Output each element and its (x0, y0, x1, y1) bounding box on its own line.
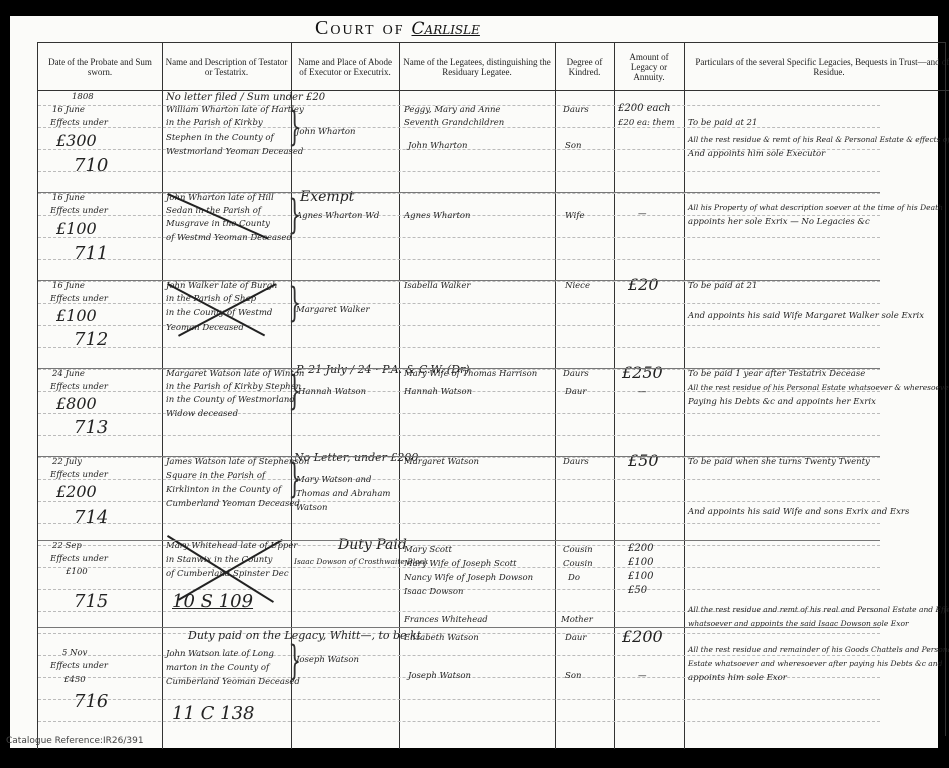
no-letter-annotation: No Letter, under £200 (294, 451, 418, 464)
legacy-amount: £200 each (618, 103, 671, 114)
legatee-name: John Wharton (408, 141, 468, 151)
legatee-name: Isaac Dowson (404, 587, 463, 597)
kindred: Wife (565, 211, 584, 221)
kindred: Daurs (563, 105, 589, 115)
legacy-amount: — (638, 209, 647, 219)
testator-line: in Stanwix in the County (166, 555, 272, 565)
testator-line: in the Parish of Kirkby (166, 118, 263, 128)
particulars-line: To be paid 1 year after Testatrix Deceas… (688, 369, 865, 379)
kindred: Daurs (563, 457, 589, 467)
entry-date: 16 June (52, 193, 85, 203)
header-kindred: Degree of Kindred. (555, 43, 614, 91)
legacy-amount: £200 (622, 627, 663, 646)
testator-line: in the Parish of Kirkby Stephen (166, 382, 301, 392)
header-executor: Name and Place of Abode of Executor or E… (291, 43, 399, 91)
legacy-amount: £20 ea: them (618, 118, 675, 128)
legatee-name: Joseph Watson (408, 671, 471, 681)
legatee-name: Mary Wife of Joseph Scott (404, 559, 517, 569)
entry-sworn: Effects under (50, 554, 108, 564)
legatee-name: Seventh Grandchildren (404, 118, 504, 128)
kindred: Cousin (563, 545, 593, 555)
entry-number: 713 (74, 417, 108, 438)
legacy-amount: £200 (628, 543, 653, 554)
entry-sum: £450 (64, 675, 86, 685)
testator-line: Stephen in the County of (166, 133, 274, 143)
executor-name: Margaret Walker (296, 305, 370, 315)
entry-sworn: Effects under (50, 470, 108, 480)
entry-sum: £800 (56, 394, 97, 413)
particulars-line: To be paid at 21 (688, 118, 757, 128)
kindred: Daur (565, 633, 586, 643)
header-bottom-rule (37, 90, 945, 91)
kindred: Daur (565, 387, 586, 397)
entry-sworn: Effects under (50, 294, 108, 304)
legatee-name: Mary Scott (404, 545, 452, 555)
executor-name: Mary Watson and Thomas and Abraham Watso… (296, 473, 396, 515)
executor-name: Joseph Watson (296, 655, 359, 665)
kindred: Cousin (563, 559, 593, 569)
testator-line: in the Parish of Shap (166, 294, 256, 304)
header-amount: Amount of Legacy or Annuity. (614, 43, 684, 91)
particulars-line: All the rest residue and remainder of hi… (688, 645, 949, 654)
testator-line: Cumberland Yeoman Deceased (166, 499, 300, 509)
year-label: 1808 (72, 92, 94, 102)
court-title: Court of Carlisle (315, 17, 480, 40)
kindred: Son (565, 671, 581, 681)
executor-name: Agnes Wharton Wd (296, 211, 379, 221)
margin-note: 11 C 138 (172, 703, 254, 724)
legacy-amount: £50 (628, 585, 647, 596)
entry-sworn: Effects under (50, 206, 108, 216)
header-legatees: Name of the Legatees, distinguishing the… (399, 43, 555, 91)
legatee-name: Hannah Watson (404, 387, 472, 397)
kindred: Son (565, 141, 581, 151)
entry-sum: £200 (56, 482, 97, 501)
testator-line: John Wharton late of Hill (166, 193, 274, 203)
kindred: Daurs (563, 369, 589, 379)
legacy-register-table: Date of the Probate and Sum sworn. Name … (37, 42, 880, 749)
entry-sum: £100 (56, 219, 97, 238)
particulars-line: And appoints his said Wife Margaret Walk… (688, 311, 924, 321)
entry-number: 710 (74, 155, 108, 176)
legacy-amount: £100 (628, 557, 653, 568)
legacy-amount: £20 (628, 275, 659, 294)
particulars-line: To be paid at 21 (688, 281, 757, 291)
entry-number: 716 (74, 691, 108, 712)
right-border (945, 42, 946, 736)
executor-name: Hannah Watson (298, 387, 366, 397)
particulars-line: All the rest residue & remt of his Real … (688, 135, 949, 144)
entry-sum: £100 (56, 306, 97, 325)
court-title-prefix: Court of (315, 17, 405, 39)
entry-date: 24 June (52, 369, 85, 379)
testator-line: Yeoman Deceased (166, 323, 244, 333)
entry-sworn: Effects under (50, 382, 108, 392)
executor-name: John Wharton (296, 127, 356, 137)
court-place: Carlisle (412, 19, 480, 39)
brace-icon: } (288, 283, 301, 323)
particulars-line: All the rest residue of his Personal Est… (688, 383, 949, 392)
particulars-line: appoints him sole Exor (688, 673, 787, 683)
testator-line: Square in the Parish of (166, 471, 265, 481)
header-annotation: No letter filed / Sum under £20 (166, 92, 325, 103)
entry-divider (38, 456, 880, 457)
legacy-amount: — (638, 671, 647, 681)
entry-divider (38, 192, 880, 193)
entry-divider (38, 280, 880, 281)
entry-sworn: Effects under (50, 118, 108, 128)
entry-sworn: Effects under (50, 661, 108, 671)
legacy-amount: £100 (628, 571, 653, 582)
entry-date: 5 Nov (62, 648, 87, 658)
entry-sum: £300 (56, 131, 97, 150)
legatee-name: Isabella Walker (404, 281, 471, 291)
testator-line: Westmorland Yeoman Deceased (166, 147, 303, 157)
testator-line: Cumberland Yeoman Deceased (166, 677, 300, 687)
particulars-line: And appoints him sole Executor (688, 149, 825, 159)
header-particulars: Particulars of the several Specific Lega… (684, 43, 949, 91)
entry-divider (38, 368, 880, 369)
legacy-amount: — (638, 387, 647, 397)
entry-date: 22 Sep (52, 541, 82, 551)
testator-line: Margaret Watson late of Winton (166, 369, 304, 379)
header-date: Date of the Probate and Sum sworn. (38, 43, 162, 91)
testator-line: in the County of Westmorland (166, 395, 295, 405)
entry-divider (38, 540, 880, 541)
header-testator: Name and Description of Testator or Test… (162, 43, 291, 91)
testator-line: Widow deceased (166, 409, 238, 419)
entry-date: 16 June (52, 281, 85, 291)
kindred: Mother (561, 615, 593, 625)
entry-sum: £100 (66, 567, 88, 577)
entry-number: 714 (74, 507, 108, 528)
legatee-name: Peggy, Mary and Anne (404, 105, 500, 115)
legatee-name: Elizabeth Watson (404, 633, 479, 643)
header-top-rule (37, 42, 945, 43)
particulars-line: All the rest residue and remt of his rea… (688, 605, 949, 614)
testator-line: William Wharton late of Hartley (166, 105, 304, 115)
entry-date: 16 June (52, 105, 85, 115)
testator-line: Musgrave in the County (166, 219, 270, 229)
entry-number: 712 (74, 329, 108, 350)
legatee-name: Margaret Watson (404, 457, 479, 467)
legatee-name: Nancy Wife of Joseph Dowson (404, 573, 533, 583)
register-page: Court of Carlisle Date of the Probate an… (10, 16, 938, 748)
testator-line: of Westmd Yeoman Deceased (166, 233, 292, 243)
legatee-name: Agnes Wharton (404, 211, 471, 221)
testator-line: Kirklinton in the County of (166, 485, 281, 495)
legacy-amount: £50 (628, 451, 659, 470)
legacy-amount: £250 (622, 363, 663, 382)
legatee-name: Frances Whitehead (404, 615, 488, 625)
entry-number: 715 (74, 591, 108, 612)
particulars-line: And appoints his said Wife and sons Exri… (688, 507, 909, 517)
catalogue-reference: Catalogue Reference:IR26/391 (6, 736, 144, 746)
duty-paid-annotation: Duty paid on the Legacy, Whitt—, to be k… (188, 629, 421, 642)
particulars-line: Estate whatsoever and wheresoever after … (688, 659, 942, 668)
entry-divider (38, 627, 880, 628)
kindred: Do (568, 573, 580, 583)
particulars-line: All his Property of what description soe… (688, 203, 943, 212)
entry-number: 711 (74, 243, 108, 264)
legatee-name: Mary Wife of Thomas Harrison (404, 369, 537, 379)
kindred: Niece (565, 281, 590, 291)
testator-line: marton in the County of (166, 663, 269, 673)
particulars-line: appoints her sole Exrix — No Legacies &c (688, 217, 870, 227)
particulars-line: Paying his Debts &c and appoints her Exr… (688, 397, 876, 407)
entry-date: 22 July (52, 457, 82, 467)
testator-line: John Watson late of Long (166, 649, 274, 659)
margin-note: 10 S 109 (172, 591, 253, 612)
particulars-line: To be paid when she turns Twenty Twenty (688, 457, 870, 467)
